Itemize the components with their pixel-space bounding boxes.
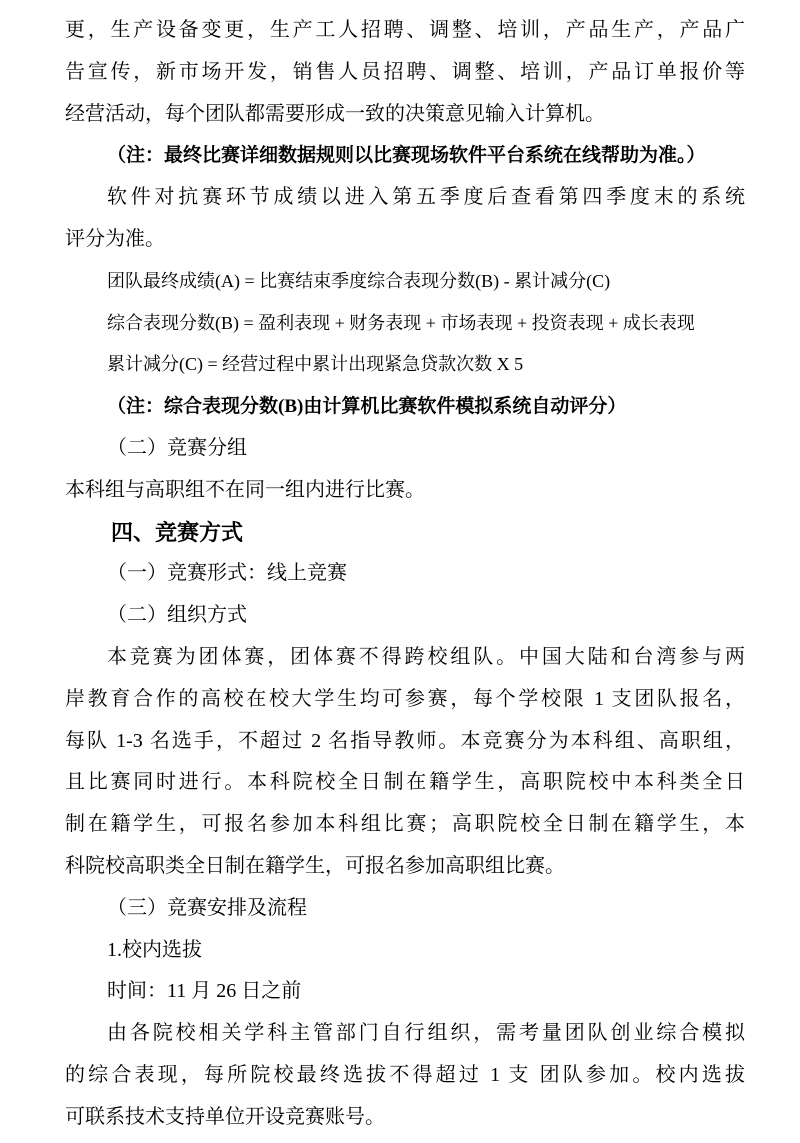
paragraph-line: 更，生产设备变更，生产工人招聘、调整、培训，产品生产，产品广 [65, 10, 745, 52]
section-heading: 四、竞赛方式 [65, 512, 745, 554]
paragraph-line: 经营活动，每个团队都需要形成一致的决策意见输入计算机。 [65, 94, 745, 136]
paragraph-line: 可联系技术支持单位开设竞赛账号。 [65, 1097, 745, 1139]
document-page: 更，生产设备变更，生产工人招聘、调整、培训，产品生产，产品广 告宣传，新市场开发… [0, 0, 800, 1143]
paragraph-line: 岸教育合作的高校在校大学生均可参赛，每个学校限 1 支团队报名， [65, 679, 745, 721]
paragraph-line: 软件对抗赛环节成绩以进入第五季度后查看第四季度末的系统 [65, 177, 745, 219]
paragraph-line: 且比赛同时进行。本科院校全日制在籍学生，高职院校中本科类全日 [65, 762, 745, 804]
subsection-heading: （二）竞赛分组 [65, 428, 745, 470]
paragraph-line: 由各院校相关学科主管部门自行组织，需考量团队创业综合模拟 [65, 1013, 745, 1055]
subsection-heading: （二）组织方式 [65, 595, 745, 637]
time-line: 时间：11 月 26 日之前 [65, 971, 745, 1013]
paragraph-line: 的综合表现，每所院校最终选拔不得超过 1 支 团队参加。校内选拔 [65, 1055, 745, 1097]
numbered-item-line: 1.校内选拔 [65, 930, 745, 972]
paragraph-line: 本竞赛为团体赛，团体赛不得跨校组队。中国大陆和台湾参与两 [65, 637, 745, 679]
note-line: （注：最终比赛详细数据规则以比赛现场软件平台系统在线帮助为准。） [65, 135, 745, 177]
paragraph-line: 制在籍学生，可报名参加本科组比赛；高职院校全日制在籍学生，本 [65, 804, 745, 846]
paragraph-line: 科院校高职类全日制在籍学生，可报名参加高职组比赛。 [65, 846, 745, 888]
paragraph-line: 告宣传，新市场开发，销售人员招聘、调整、培训，产品订单报价等 [65, 52, 745, 94]
subsection-heading: （三）竞赛安排及流程 [65, 888, 745, 930]
subsection-heading: （一）竞赛形式：线上竞赛 [65, 553, 745, 595]
formula-line: 累计减分(C) = 经营过程中累计出现紧急贷款次数 X 5 [65, 344, 745, 386]
paragraph-line: 评分为准。 [65, 219, 745, 261]
formula-line: 团队最终成绩(A) = 比赛结束季度综合表现分数(B) - 累计减分(C) [65, 261, 745, 303]
formula-line: 综合表现分数(B) = 盈利表现 + 财务表现 + 市场表现 + 投资表现 + … [65, 303, 745, 345]
paragraph-line: 每队 1-3 名选手，不超过 2 名指导教师。本竞赛分为本科组、高职组， [65, 721, 745, 763]
paragraph-line: 本科组与高职组不在同一组内进行比赛。 [65, 470, 745, 512]
note-line: （注：综合表现分数(B)由计算机比赛软件模拟系统自动评分） [65, 386, 745, 428]
